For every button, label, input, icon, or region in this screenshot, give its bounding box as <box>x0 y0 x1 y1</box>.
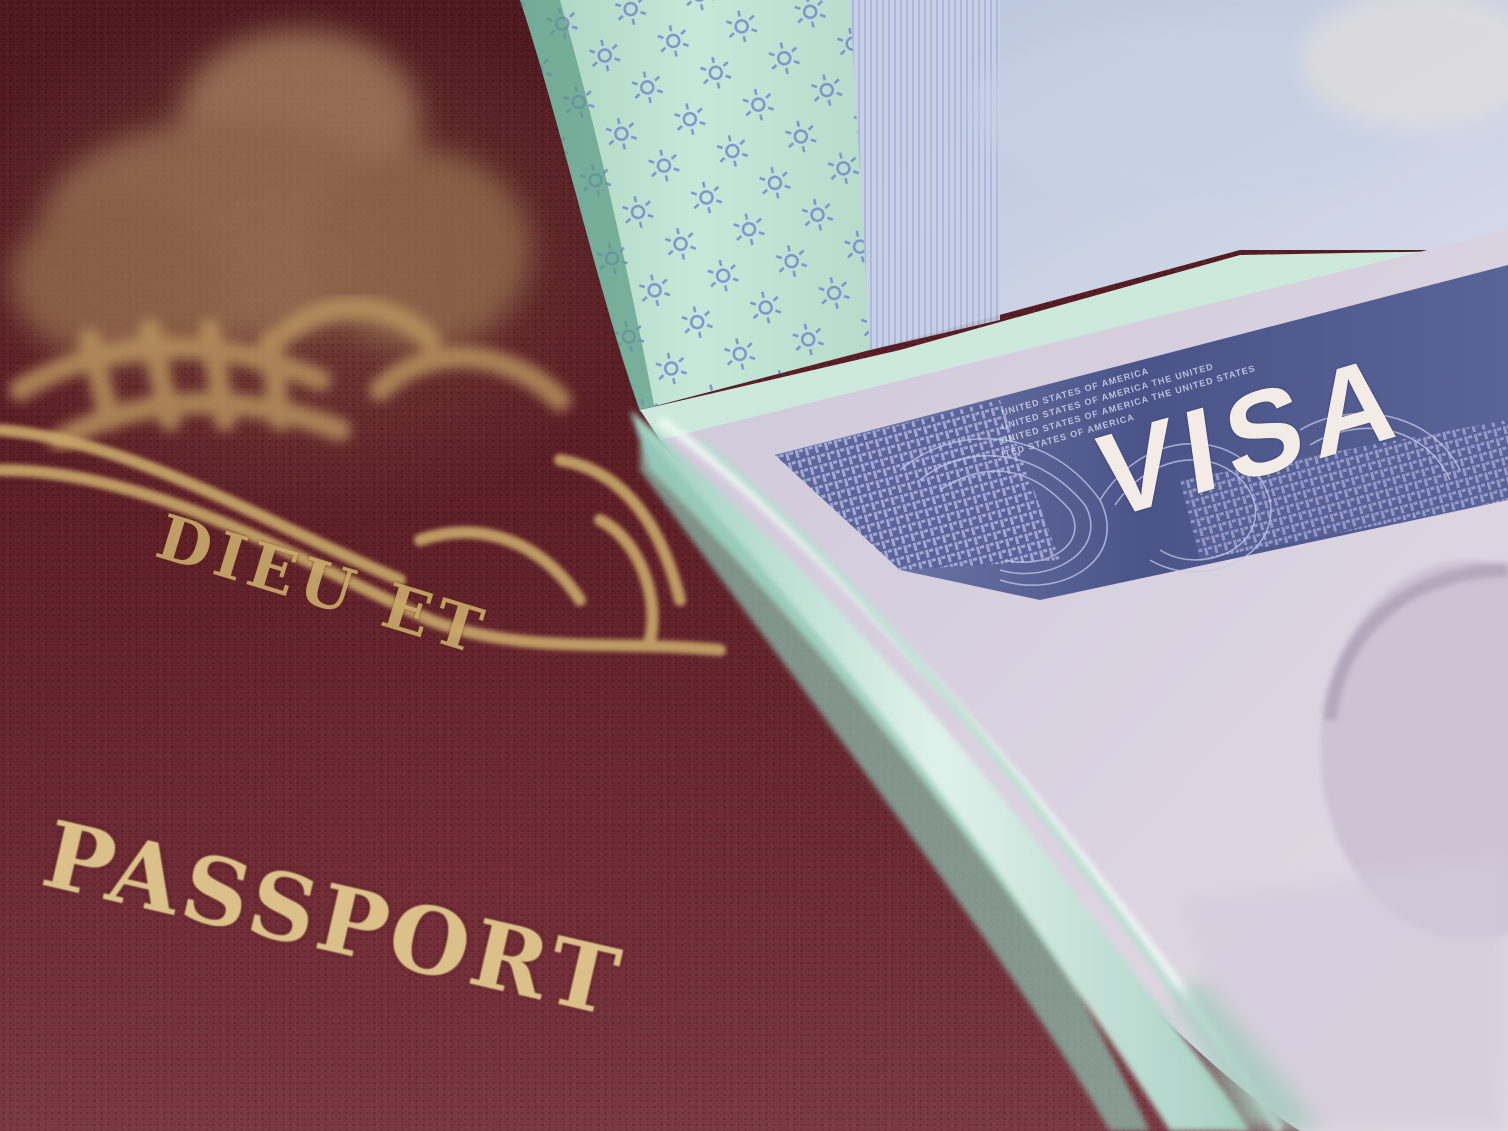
passport-photo: DIEU ET PASSPORT <box>0 0 1508 1131</box>
open-passport-pages <box>0 0 1508 1131</box>
